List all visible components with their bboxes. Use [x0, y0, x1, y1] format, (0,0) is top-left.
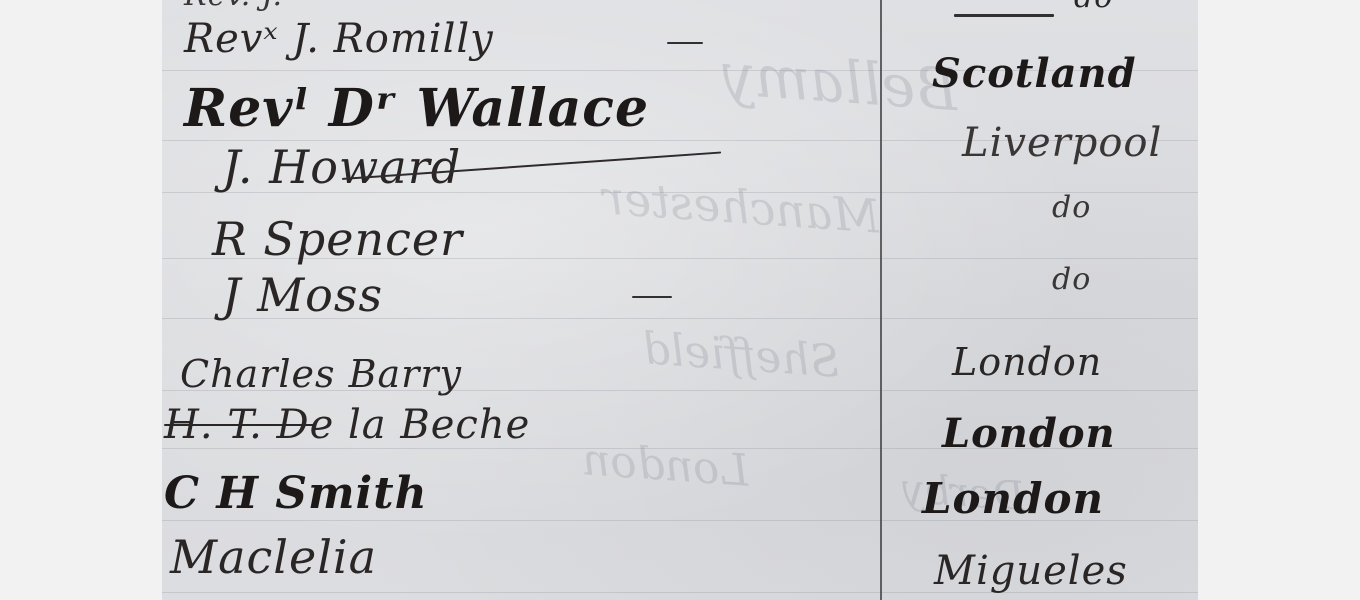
entry-dash [667, 42, 703, 44]
entry-dash [954, 14, 1054, 17]
name-entry: Charles Barry [180, 352, 462, 396]
ditto-mark: do [1052, 190, 1091, 225]
place-entry: London [922, 474, 1104, 523]
page-background: Bellamy Manchester Sheffield London Derb… [0, 0, 1360, 600]
place-entry: Migueles [934, 548, 1128, 594]
name-entry: R Spencer [212, 212, 463, 266]
place-entry-fragment: do [1074, 0, 1113, 15]
entry-dash [632, 296, 672, 298]
name-entry-fragment: Rev. J. [184, 0, 283, 13]
ledger-photo: Bellamy Manchester Sheffield London Derb… [162, 0, 1198, 600]
name-entry: C H Smith [164, 468, 428, 519]
name-entry: Revˡ Dʳ Wallace [184, 78, 649, 139]
strike-through-stroke [164, 424, 314, 426]
column-divider [880, 0, 882, 600]
place-entry: Liverpool [962, 120, 1162, 166]
bleed-through-text: Sheffield [640, 323, 841, 388]
name-entry: Maclelia [170, 530, 377, 584]
name-entry: J. Howard [222, 140, 461, 194]
bleed-through-text: Bellamy [720, 40, 961, 124]
place-entry: London [942, 410, 1116, 457]
ditto-mark: do [1052, 262, 1091, 297]
name-entry: Revˣ J. Romilly [184, 16, 494, 62]
place-entry: London [952, 340, 1102, 384]
bleed-through-text: London [580, 434, 750, 497]
name-entry: J Moss [222, 268, 383, 322]
place-entry: Scotland [932, 50, 1137, 97]
bleed-through-text: Manchester [600, 170, 881, 243]
